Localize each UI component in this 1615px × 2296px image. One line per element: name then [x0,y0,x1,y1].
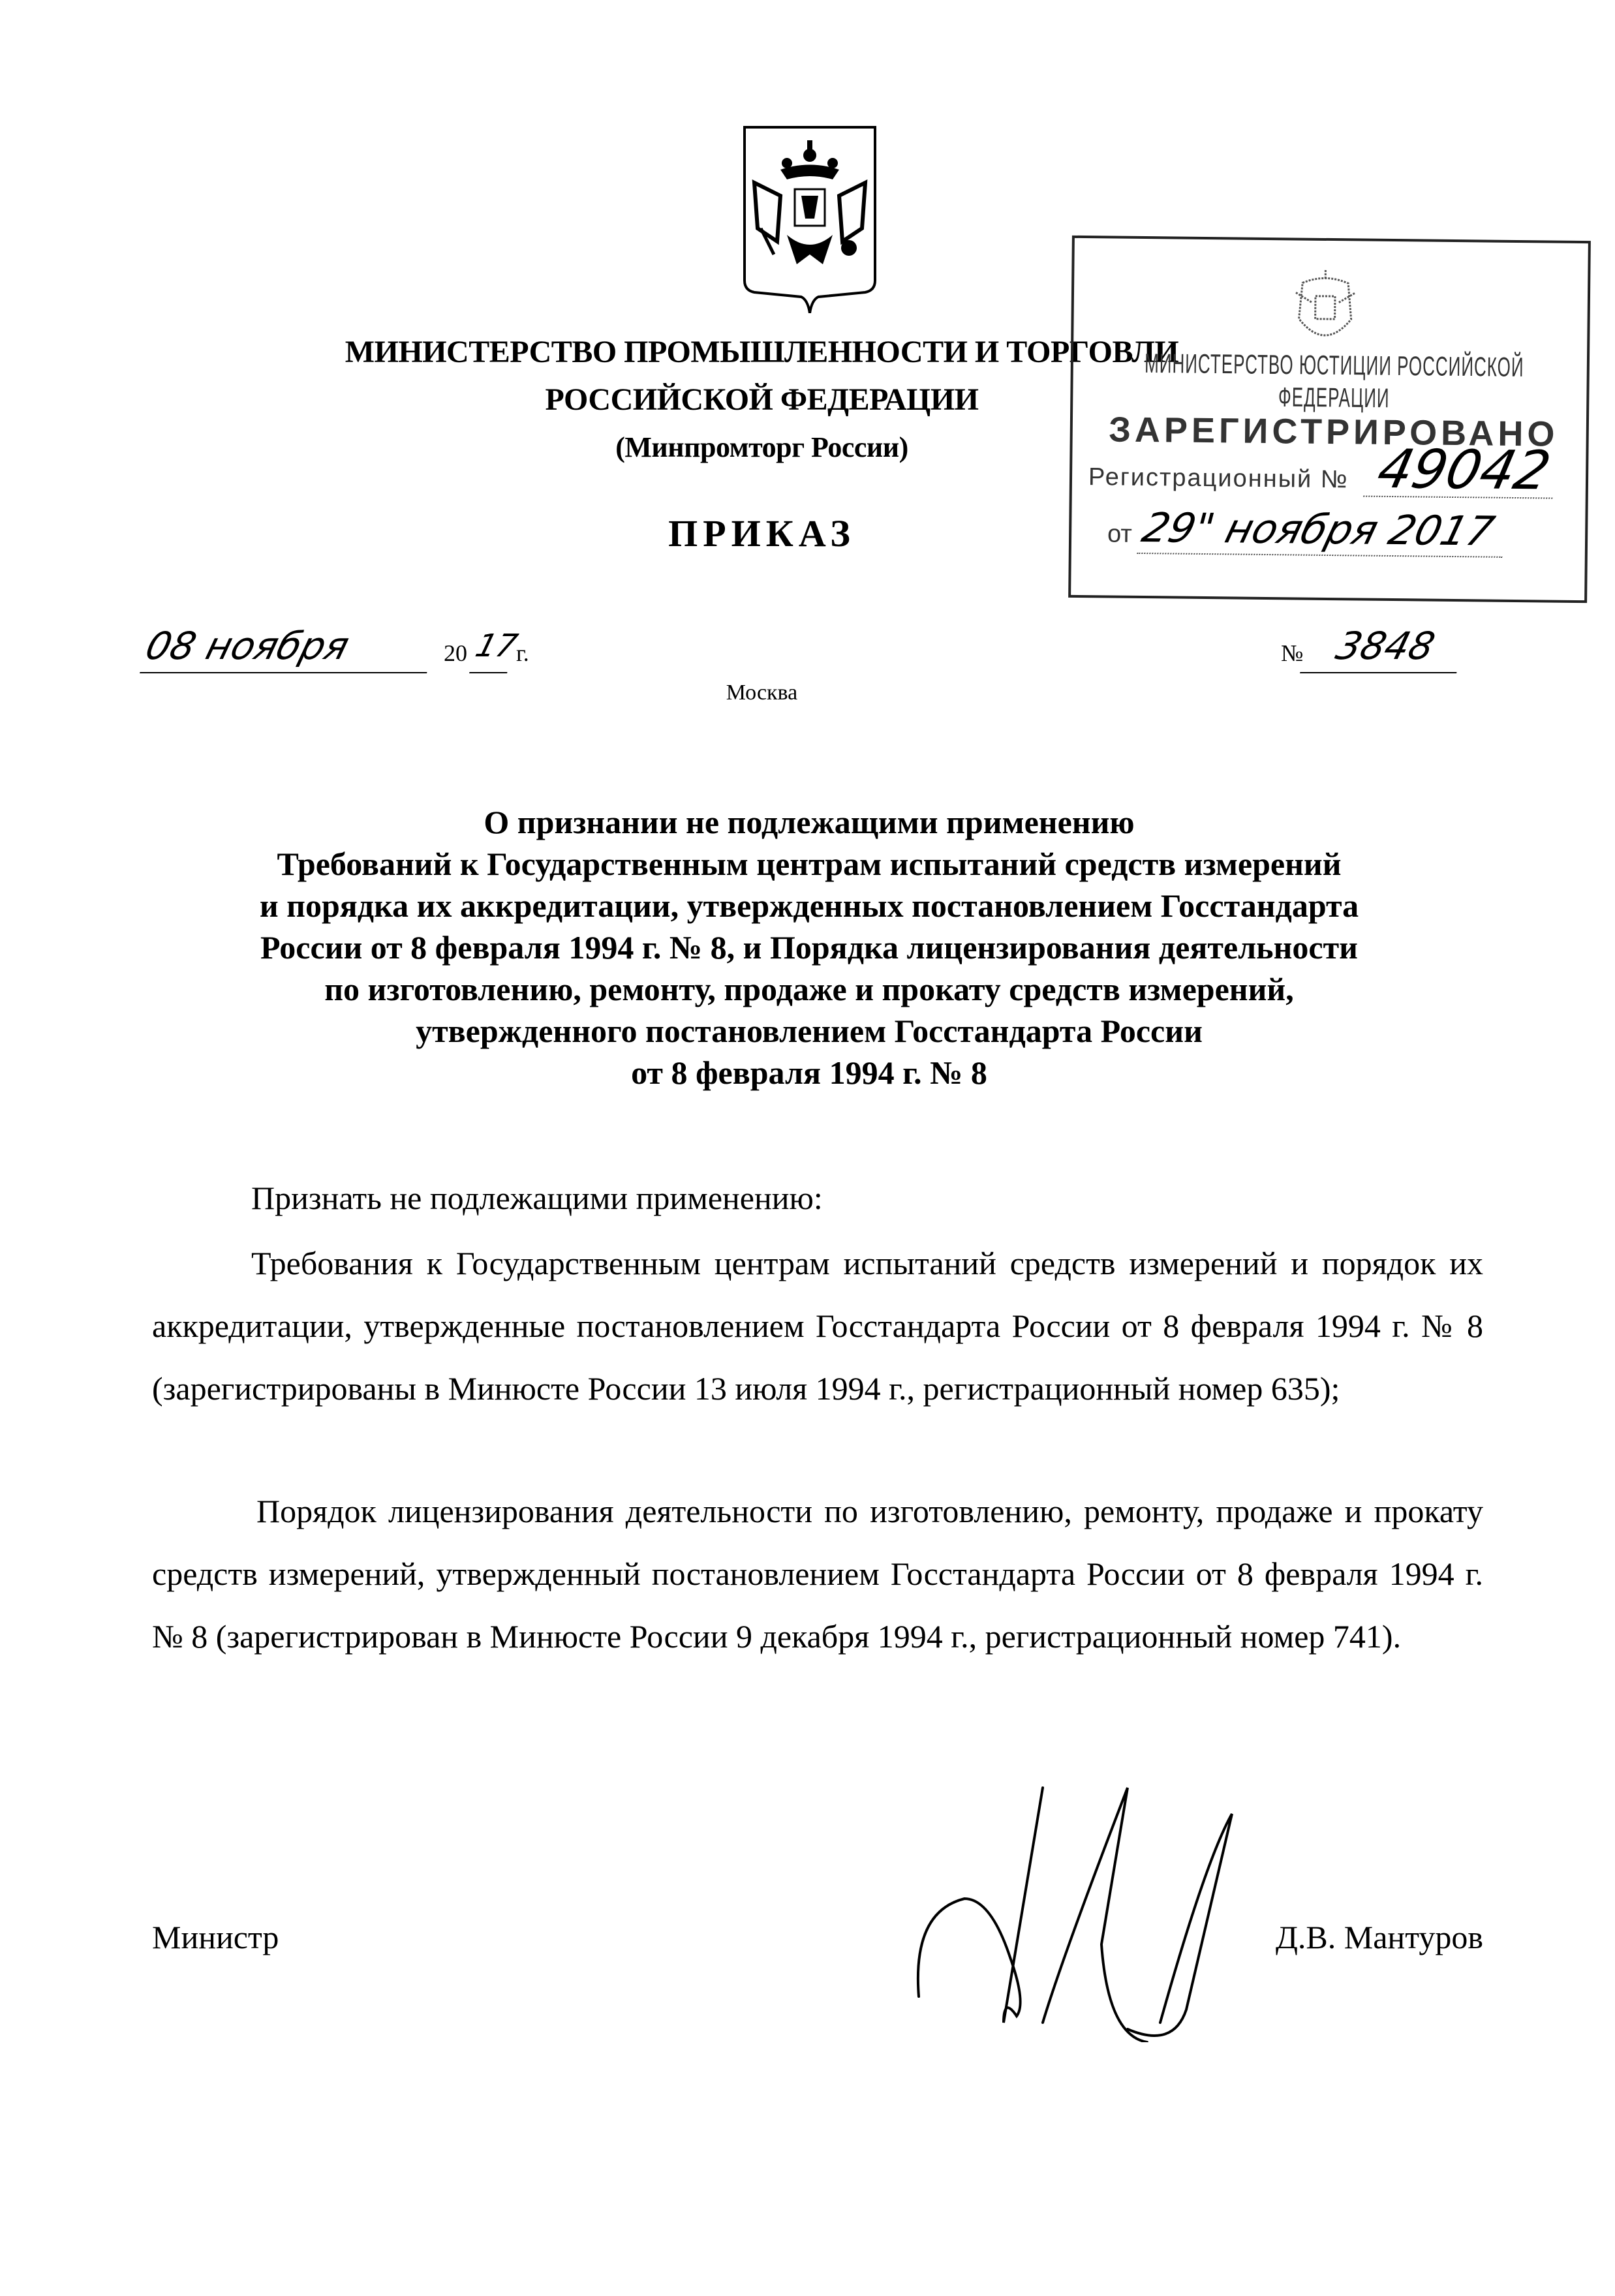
year-suffix: г. [516,639,529,667]
signature-block: Министр Д.В. Мантуров [152,1866,1483,2029]
stamp-reg-label: Регистрационный № [1088,463,1349,494]
stamp-date-label: от [1107,520,1132,548]
order-title: О признании не подлежащими применению Тр… [163,801,1455,1094]
stamp-emblem-icon [1289,266,1361,352]
title-line: Требований к Государственным центрам исп… [163,843,1455,885]
city: Москва [0,681,1615,705]
stamp-date: 29" ноября 2017 [1137,503,1515,558]
body-paragraph: Требования к Государственным центрам исп… [152,1232,1483,1420]
number-label: № [1281,639,1303,667]
stamp-reg-number: 49042 [1363,444,1564,499]
title-line: по изготовлению, ремонту, продаже и прок… [163,968,1455,1010]
title-line: О признании не подлежащими применению [163,801,1455,843]
title-line: и порядка их аккредитации, утвержденных … [163,885,1455,926]
title-line: утвержденного постановлением Госстандарт… [163,1010,1455,1052]
body-paragraph: Порядок лицензирования деятельности по и… [152,1480,1483,1668]
body-intro: Признать не подлежащими применению: [251,1167,1582,1229]
signer-position: Министр [152,1918,279,1956]
stamp-ministry-name: МИНИСТЕРСТВО ЮСТИЦИИ РОССИЙСКОЙ ФЕДЕРАЦИ… [1086,346,1582,416]
title-line: от 8 февраля 1994 г. № 8 [163,1052,1455,1094]
order-year: 17 [469,620,521,673]
coat-of-arms-icon [741,124,878,313]
signer-name: Д.В. Мантуров [1276,1918,1483,1956]
title-line: России от 8 февраля 1994 г. № 8, и Поряд… [163,926,1455,968]
date-number-row: 08 ноября 20 17 г. № 3848 [147,620,1478,679]
handwritten-signature-icon [912,1762,1252,2042]
year-prefix: 20 [444,639,467,667]
order-number: 3848 [1300,620,1471,673]
order-date: 08 ноября [140,620,441,673]
registration-stamp: МИНИСТЕРСТВО ЮСТИЦИИ РОССИЙСКОЙ ФЕДЕРАЦИ… [1068,236,1591,603]
